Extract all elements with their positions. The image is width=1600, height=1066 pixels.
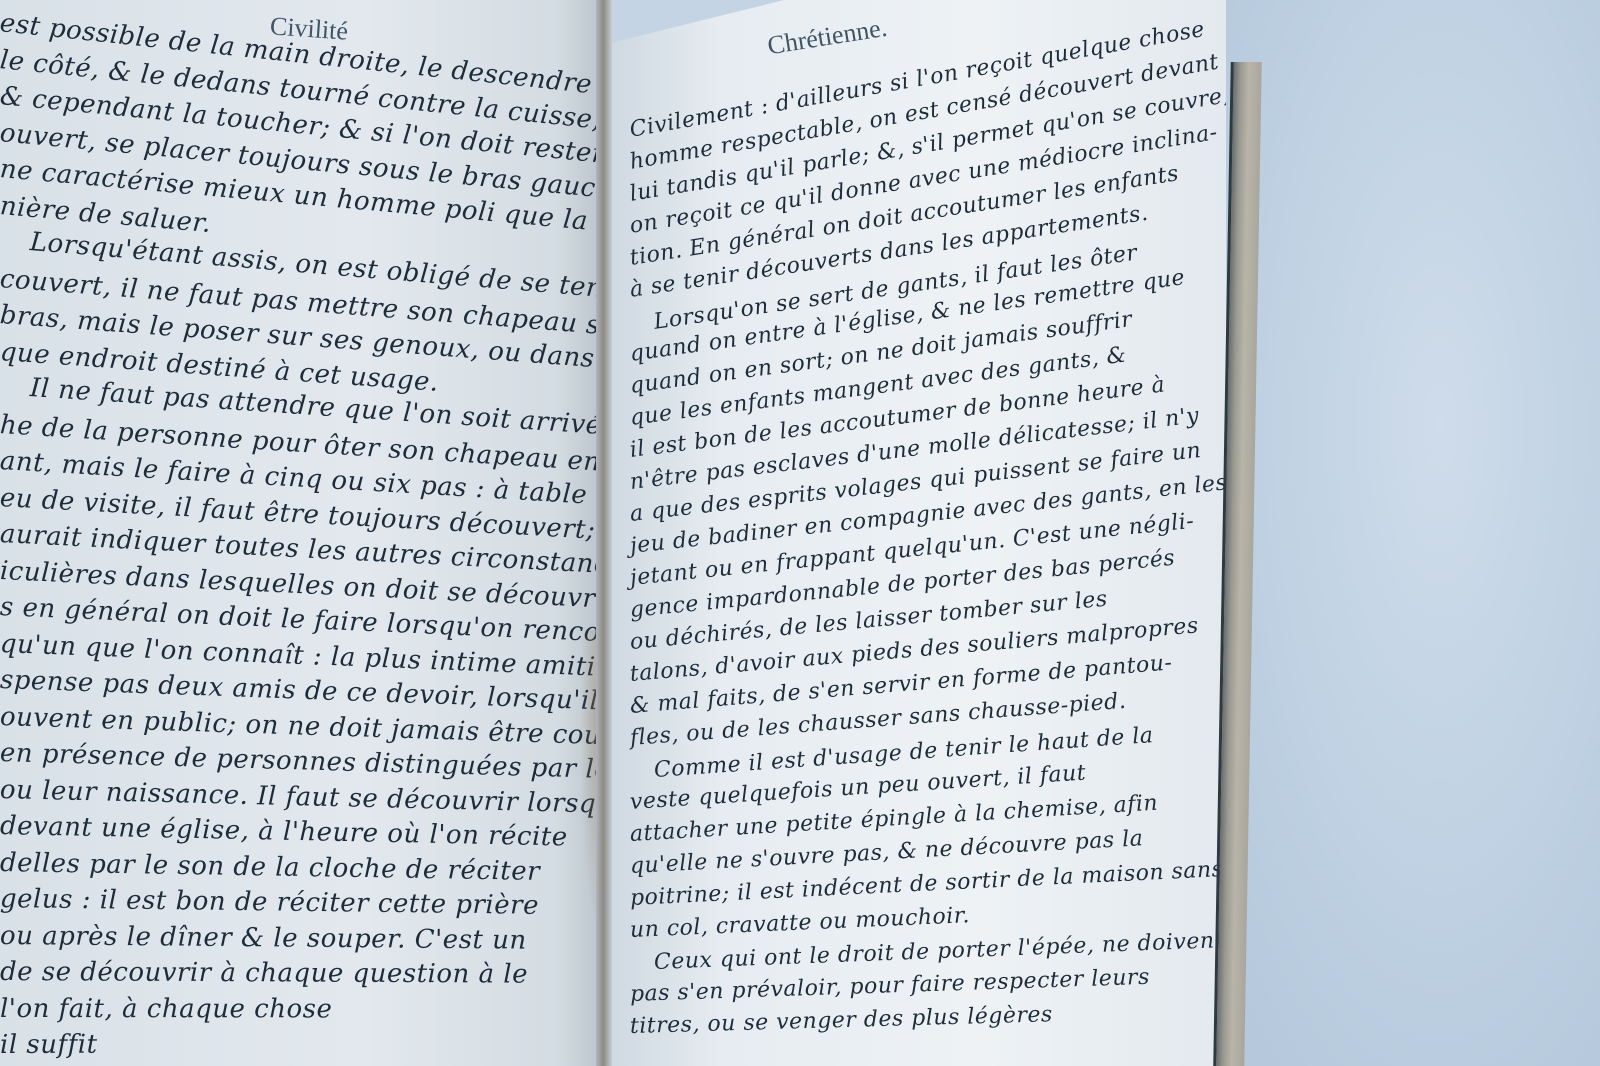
text-line: de se découvrir à chaque question à le bbox=[0, 957, 528, 990]
text-line: l'on fait, à chaque chose bbox=[0, 994, 332, 1024]
text-line: un col, cravatte ou mouchoir. bbox=[629, 903, 970, 943]
text-line: il suffit bbox=[0, 1030, 98, 1060]
text-line: delles par le son de la cloche de récite… bbox=[0, 848, 540, 887]
right-page: Chrétienne. Civilement : d'ailleurs si l… bbox=[612, 0, 1226, 1066]
right-running-head: Chrétienne. bbox=[765, 13, 889, 61]
photo-scene: Civilité est possible de la main droite,… bbox=[0, 0, 1600, 1066]
text-line: devant une église, à l'heure où l'on réc… bbox=[0, 811, 568, 852]
text-line: titres, ou se venger des plus légères bbox=[630, 1002, 1053, 1039]
text-line: ou après le dîner & le souper. C'est un bbox=[0, 921, 527, 956]
left-page: Civilité est possible de la main droite,… bbox=[0, 0, 605, 1066]
book-gutter bbox=[596, 0, 612, 1066]
text-line: gelus : il est bon de réciter cette priè… bbox=[0, 884, 539, 921]
